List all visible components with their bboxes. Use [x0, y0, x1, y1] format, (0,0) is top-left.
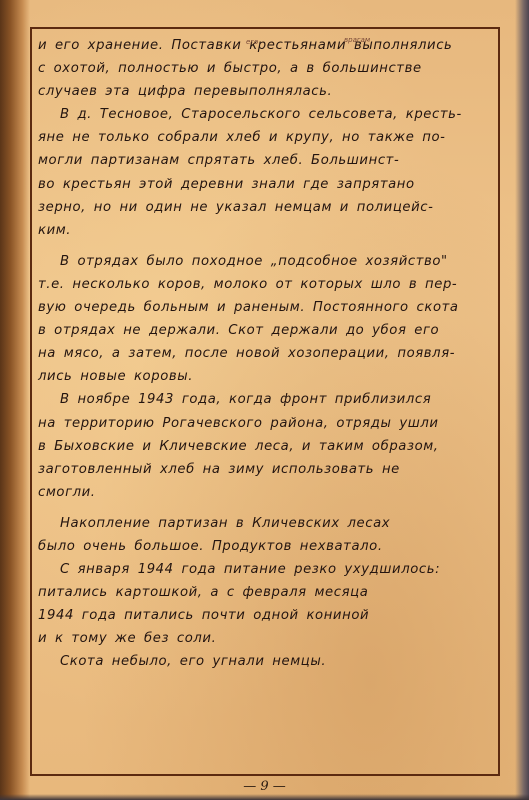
text-line: было очень большое. Продуктов нехватало.	[38, 535, 496, 558]
text-line: 1944 года питались почти одной кониной	[38, 604, 496, 627]
page-edge-bottom	[0, 794, 529, 800]
page-number: — 9 —	[0, 779, 529, 794]
text-line: Накопление партизан в Кличевских лесах	[38, 512, 496, 535]
handwritten-text-body: и его хранение. Поставки крестьянами вып…	[38, 34, 496, 674]
paragraph-6: С января 1944 года питание резко ухудшил…	[38, 558, 496, 650]
text-line: В д. Тесновое, Старосельского сельсовета…	[38, 103, 496, 126]
text-line: яне не только собрали хлеб и крупу, но т…	[38, 126, 496, 149]
text-line: в Быховские и Кличевские леса, и таким о…	[38, 435, 496, 458]
page-edge-right	[515, 0, 529, 800]
text-line: во крестьян этой деревни знали где запря…	[38, 173, 496, 196]
text-line: и к тому же без соли.	[38, 627, 496, 650]
text-line-content: зерно, но ни один не указал немцам и пол…	[38, 200, 434, 215]
text-line: на мясо, а затем, после новой хозопераци…	[38, 342, 496, 365]
annotation-enemies: врагам	[344, 29, 370, 52]
text-line: Скота небыло, его угнали немцы.	[38, 650, 496, 673]
text-line-annotated: его врагам зерно, но ни один не указал н…	[38, 196, 496, 219]
text-line: заготовленный хлеб на зиму использовать …	[38, 458, 496, 481]
annotation-his: его	[246, 31, 258, 54]
text-line: на территорию Рогачевского района, отряд…	[38, 412, 496, 435]
paragraph-3: В отрядах было походное „подсобное хозяй…	[38, 250, 496, 389]
text-line: с охотой, полностью и быстро, а в больши…	[38, 57, 496, 80]
text-line: могли партизанам спрятать хлеб. Большинс…	[38, 149, 496, 172]
paragraph-7: Скота небыло, его угнали немцы.	[38, 650, 496, 673]
document-page: и его хранение. Поставки крестьянами вып…	[0, 0, 529, 800]
text-line: лись новые коровы.	[38, 365, 496, 388]
text-line: смогли.	[38, 481, 496, 504]
text-line: С января 1944 года питание резко ухудшил…	[38, 558, 496, 581]
paragraph-1: и его хранение. Поставки крестьянами вып…	[38, 34, 496, 103]
text-line: случаев эта цифра перевыполнялась.	[38, 80, 496, 103]
paragraph-5: Накопление партизан в Кличевских лесах б…	[38, 512, 496, 558]
text-line: и его хранение. Поставки крестьянами вып…	[38, 34, 496, 57]
paragraph-2: В д. Тесновое, Старосельского сельсовета…	[38, 103, 496, 242]
text-line: вую очередь больным и раненым. Постоянно…	[38, 296, 496, 319]
binding-shadow	[0, 0, 30, 800]
paragraph-4: В ноябре 1943 года, когда фронт приблизи…	[38, 388, 496, 503]
text-line: т.е. несколько коров, молоко от которых …	[38, 273, 496, 296]
text-line: ким.	[38, 219, 496, 242]
text-line: В отрядах было походное „подсобное хозяй…	[38, 250, 496, 273]
text-line: В ноябре 1943 года, когда фронт приблизи…	[38, 388, 496, 411]
text-line: в отрядах не держали. Скот держали до уб…	[38, 319, 496, 342]
text-line: питались картошкой, а с февраля месяца	[38, 581, 496, 604]
